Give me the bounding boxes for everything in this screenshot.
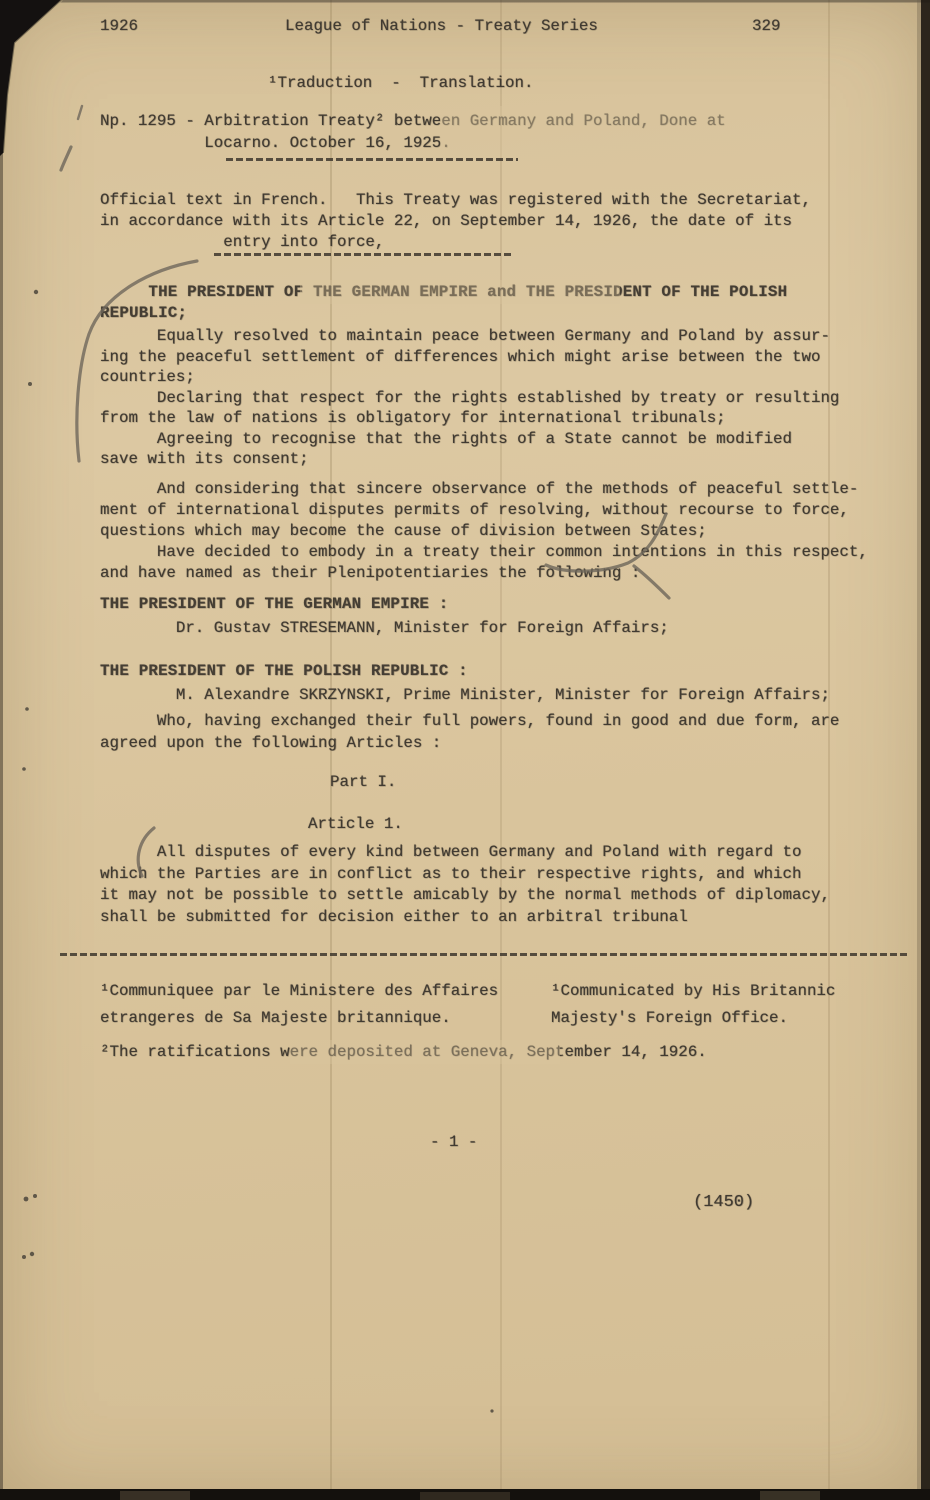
scan-edge-bottom-patch [420, 1492, 510, 1500]
scan-edge-left [0, 140, 3, 1500]
speck [34, 290, 38, 294]
part-heading: Part I. [330, 772, 396, 793]
scan-edge-bottom-patch [120, 1491, 190, 1500]
polish-president-heading: THE PRESIDENT OF THE POLISH REPUBLIC : [100, 661, 468, 682]
speck [22, 1255, 26, 1259]
scan-edge-right [921, 0, 930, 1500]
torn-corner-edge-highlight [4, 0, 62, 152]
pencil-tick-mark [78, 106, 82, 119]
footnote-divider [60, 953, 908, 956]
footnote-french: ¹Communiquee par le Ministere des Affair… [100, 978, 498, 1032]
polish-plenipotentiary: M. Alexandre SKRZYNSKI, Prime Minister, … [100, 685, 830, 706]
page-year: 1926 [100, 16, 138, 37]
scan-edge-bottom-patch [760, 1491, 820, 1500]
title-underline [226, 158, 518, 161]
article-heading: Article 1. [308, 814, 403, 835]
serial-number: (1450) [693, 1192, 754, 1213]
translation-heading: ¹Traduction - Translation. [268, 73, 533, 94]
page-number: 329 [752, 16, 780, 37]
german-president-heading: THE PRESIDENT OF THE GERMAN EMPIRE : [100, 594, 448, 615]
speck [490, 1409, 493, 1412]
speck [28, 382, 32, 386]
treaty-scan-page: 1926 League of Nations - Treaty Series 3… [0, 0, 930, 1500]
scan-edge-top [0, 0, 930, 3]
considering-clause: And considering that sincere observance … [100, 479, 868, 584]
speck [30, 1252, 34, 1256]
footnote-english: ¹Communicated by His Britannic Majesty's… [551, 978, 835, 1032]
footnote-ratification: ²The ratifications were deposited at Gen… [100, 1042, 707, 1063]
speck [24, 1197, 29, 1202]
scan-edge-bottom [0, 1489, 930, 1500]
preamble-clauses: Equally resolved to maintain peace betwe… [100, 326, 839, 470]
speck [25, 707, 29, 711]
scan-edge-right-soft [917, 0, 921, 1500]
pencil-slash-mark [61, 147, 71, 170]
series-title: League of Nations - Treaty Series [285, 16, 598, 37]
speck [22, 767, 26, 771]
sheet-number: - 1 - [430, 1132, 477, 1153]
german-plenipotentiary: Dr. Gustav STRESEMANN, Minister for Fore… [100, 618, 669, 639]
speck [33, 1194, 37, 1198]
registration-underline [214, 253, 514, 256]
torn-corner [0, 0, 62, 156]
registration-note: Official text in French. This Treaty was… [100, 190, 811, 253]
preamble-heading: THE PRESIDENT OF THE GERMAN EMPIRE and T… [100, 282, 787, 324]
agreement-clause: Who, having exchanged their full powers,… [100, 711, 839, 754]
treaty-title: Np. 1295 - Arbitration Treaty² between G… [100, 110, 726, 154]
article-1-text: All disputes of every kind between Germa… [100, 842, 830, 928]
